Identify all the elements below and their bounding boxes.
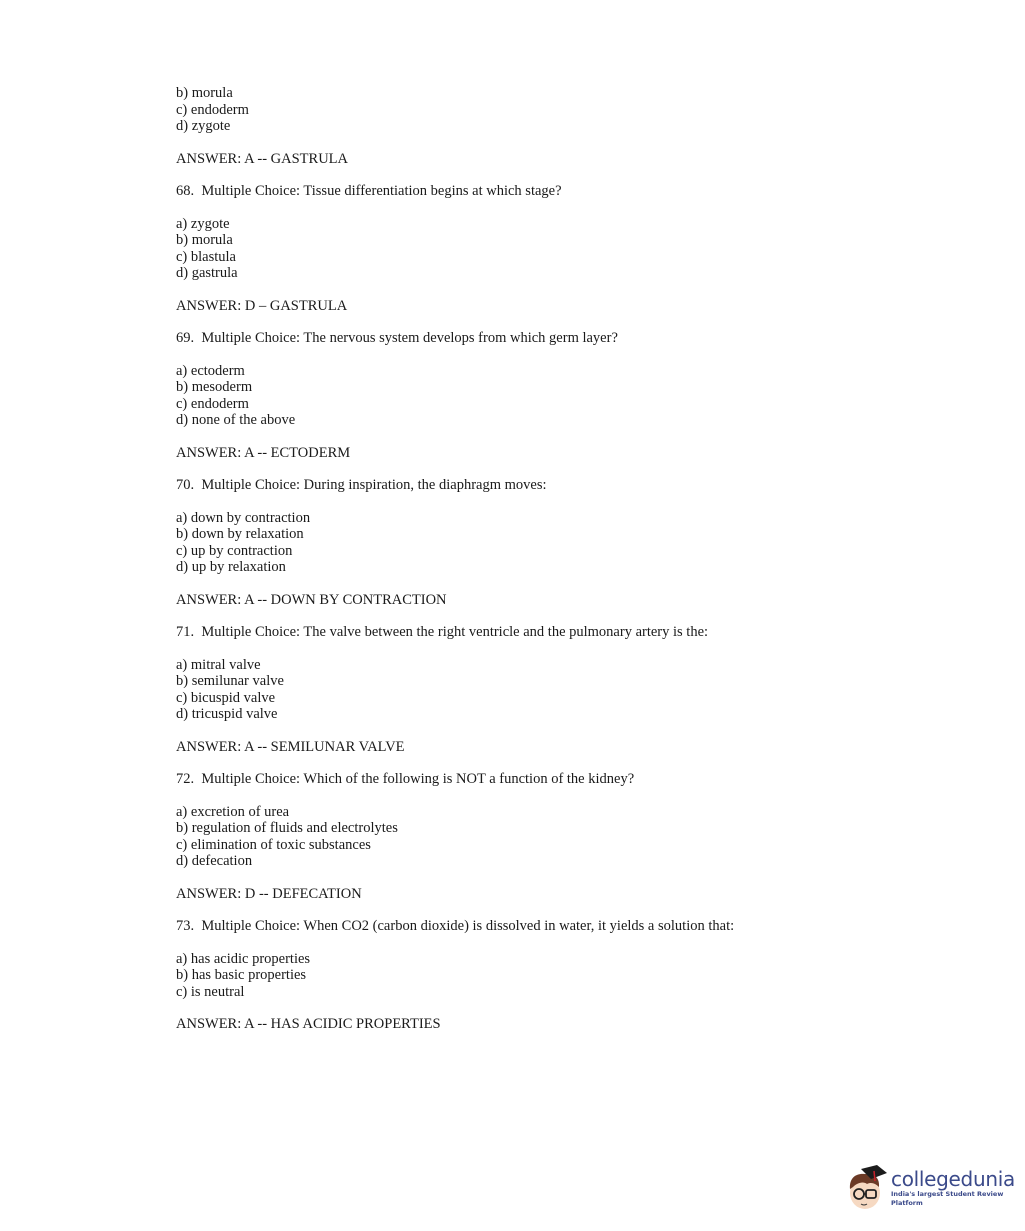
option: b) down by relaxation [176,526,956,543]
question-text: 69. Multiple Choice: The nervous system … [176,330,956,347]
option: d) zygote [176,118,956,135]
brand-tagline: India's largest Student Review Platform [891,1190,1025,1208]
question-text: 72. Multiple Choice: Which of the follow… [176,771,956,788]
option: c) endoderm [176,396,956,413]
options-list: a) down by contraction b) down by relaxa… [176,510,956,576]
option: d) defecation [176,853,956,870]
answer-67: ANSWER: A -- GASTRULA [176,151,956,168]
answer: ANSWER: A -- DOWN BY CONTRACTION [176,592,956,609]
answer: ANSWER: A -- ECTODERM [176,445,956,462]
option: c) blastula [176,249,956,266]
question-block-68: 68. Multiple Choice: Tissue differentiat… [176,183,956,314]
option: a) ectoderm [176,363,956,380]
document-page: b) morula c) endoderm d) zygote ANSWER: … [176,85,956,1033]
option: b) morula [176,232,956,249]
option: d) gastrula [176,265,956,282]
option: b) has basic properties [176,967,956,984]
option: d) tricuspid valve [176,706,956,723]
option: c) endoderm [176,102,956,119]
answer: ANSWER: A -- SEMILUNAR VALVE [176,739,956,756]
option: c) up by contraction [176,543,956,560]
options-list: a) mitral valve b) semilunar valve c) bi… [176,657,956,723]
option: d) none of the above [176,412,956,429]
option: a) excretion of urea [176,804,956,821]
options-list: a) zygote b) morula c) blastula d) gastr… [176,216,956,282]
brand-name: collegedunia [891,1168,1025,1190]
question-block-69: 69. Multiple Choice: The nervous system … [176,330,956,461]
mascot-icon [845,1163,889,1213]
options-list: a) excretion of urea b) regulation of fl… [176,804,956,870]
option: b) mesoderm [176,379,956,396]
option: c) elimination of toxic substances [176,837,956,854]
options-list: a) has acidic properties b) has basic pr… [176,951,956,1001]
question-text: 71. Multiple Choice: The valve between t… [176,624,956,641]
question-block-71: 71. Multiple Choice: The valve between t… [176,624,956,755]
question-text: 70. Multiple Choice: During inspiration,… [176,477,956,494]
option: c) is neutral [176,984,956,1001]
option: b) regulation of fluids and electrolytes [176,820,956,837]
question-block-72: 72. Multiple Choice: Which of the follow… [176,771,956,902]
answer: ANSWER: D -- DEFECATION [176,886,956,903]
collegedunia-logo: collegedunia India's largest Student Rev… [845,1160,1025,1215]
question-block-73: 73. Multiple Choice: When CO2 (carbon di… [176,918,956,1033]
answer: ANSWER: D – GASTRULA [176,298,956,315]
option: c) bicuspid valve [176,690,956,707]
option: a) down by contraction [176,510,956,527]
leading-options: b) morula c) endoderm d) zygote [176,85,956,135]
question-block-70: 70. Multiple Choice: During inspiration,… [176,477,956,608]
answer: ANSWER: A -- HAS ACIDIC PROPERTIES [176,1016,956,1033]
question-text: 68. Multiple Choice: Tissue differentiat… [176,183,956,200]
option: d) up by relaxation [176,559,956,576]
logo-text: collegedunia India's largest Student Rev… [891,1168,1025,1208]
question-text: 73. Multiple Choice: When CO2 (carbon di… [176,918,956,935]
option: a) has acidic properties [176,951,956,968]
option: a) mitral valve [176,657,956,674]
option: a) zygote [176,216,956,233]
option: b) semilunar valve [176,673,956,690]
options-list: a) ectoderm b) mesoderm c) endoderm d) n… [176,363,956,429]
option: b) morula [176,85,956,102]
